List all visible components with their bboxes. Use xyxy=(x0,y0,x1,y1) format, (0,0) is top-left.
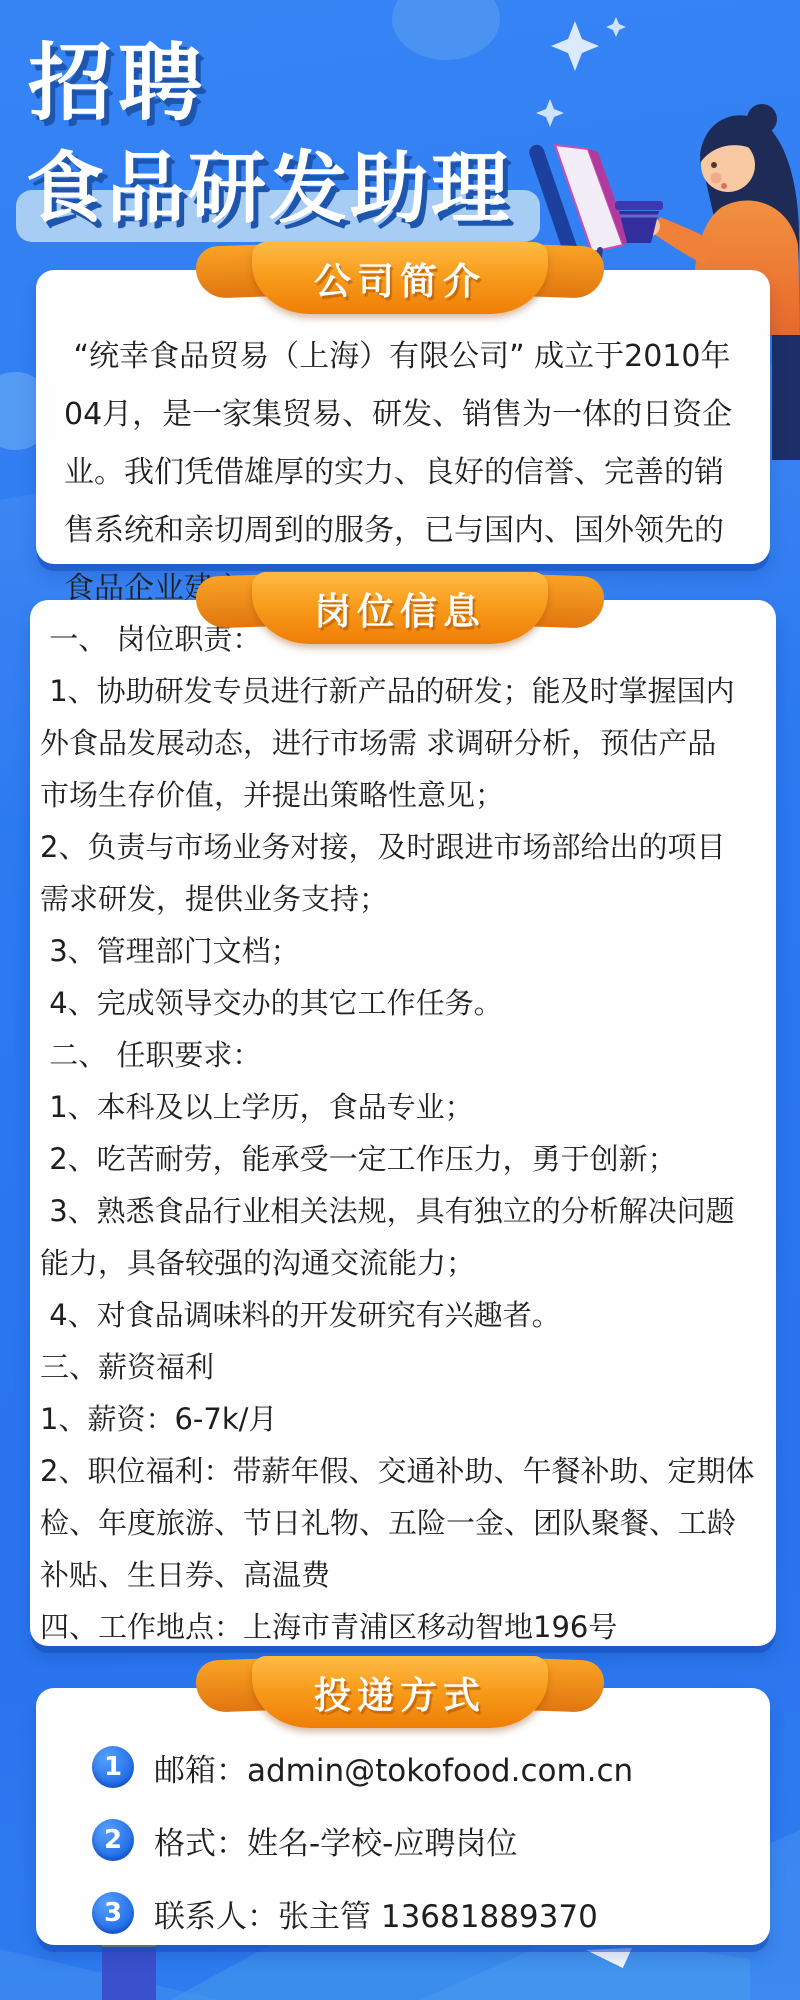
sparkle-icon xyxy=(606,17,626,37)
text-line: 二、 任职要求： xyxy=(40,1029,770,1081)
sparkle-icon xyxy=(551,21,599,71)
text-line: “统幸食品贸易（上海）有限公司” 成立于2010年 xyxy=(64,328,746,386)
text-line: 售系统和亲切周到的服务，已与国内、国外领先的 xyxy=(64,502,746,560)
woman-arm xyxy=(652,217,716,265)
step-text: 格式：姓名-学校-应聘岗位 xyxy=(154,1818,517,1863)
text-line: 四、工作地点：上海市青浦区移动智地196号 xyxy=(40,1601,770,1653)
text-line: 外食品发展动态，进行市场需 求调研分析，预估产品 xyxy=(40,717,770,769)
text-line: 1、协助研发专员进行新产品的研发；能及时掌握国内 xyxy=(40,665,770,717)
step-text: 联系人：张主管 13681889370 xyxy=(154,1891,598,1936)
text-line: 需求研发，提供业务支持； xyxy=(40,873,770,925)
poster-subtitle-position: 食品研发助理 xyxy=(26,126,512,238)
text-line: 三、薪资福利 xyxy=(40,1341,770,1393)
ribbon-company-intro: 公司简介 xyxy=(190,242,610,318)
text-line: 2、职位福利：带薪年假、交通补助、午餐补助、定期体 xyxy=(40,1445,770,1497)
step-number-badge: 2 xyxy=(92,1819,134,1861)
ribbon-apply-method: 投递方式 xyxy=(190,1656,610,1732)
step-number-badge: 1 xyxy=(92,1746,134,1788)
job-info-card: 一、 岗位职责： 1、协助研发专员进行新产品的研发；能及时掌握国内外食品发展动态… xyxy=(30,600,776,1646)
step-text: 邮箱：admin@tokofood.com.cn xyxy=(154,1745,633,1790)
cup-icon xyxy=(615,201,663,210)
text-line: 3、管理部门文档； xyxy=(40,925,770,977)
light-blue-blob xyxy=(392,0,500,60)
company-intro-text: “统幸食品贸易（上海）有限公司” 成立于2010年04月，是一家集贸易、研发、销… xyxy=(36,270,770,618)
text-line: 检、年度旅游、节日礼物、五险一金、团队聚餐、工龄 xyxy=(40,1497,770,1549)
section-title: 公司简介 xyxy=(314,251,486,305)
desk-leg xyxy=(102,1942,156,2000)
apply-step: 1 邮箱：admin@tokofood.com.cn xyxy=(92,1738,750,1796)
apply-step: 2 格式：姓名-学校-应聘岗位 xyxy=(92,1811,750,1869)
section-title: 岗位信息 xyxy=(314,581,486,635)
job-info-text: 一、 岗位职责： 1、协助研发专员进行新产品的研发；能及时掌握国内外食品发展动态… xyxy=(30,600,776,1653)
section-title: 投递方式 xyxy=(314,1665,486,1719)
ribbon-job-info: 岗位信息 xyxy=(190,572,610,648)
apply-step: 3 联系人：张主管 13681889370 xyxy=(92,1884,750,1942)
desk-edge xyxy=(772,327,800,460)
recruitment-poster: 招聘 食品研发助理 xyxy=(0,0,800,2000)
text-line: 市场生存价值，并提出策略性意见； xyxy=(40,769,770,821)
text-line: 4、完成领导交办的其它工作任务。 xyxy=(40,977,770,1029)
poster-title: 招聘 xyxy=(28,16,208,137)
text-line: 业。我们凭借雄厚的实力、良好的信誉、完善的销 xyxy=(64,444,746,502)
text-line: 1、薪资：6-7k/月 xyxy=(40,1393,770,1445)
text-line: 2、负责与市场业务对接，及时跟进市场部给出的项目 xyxy=(40,821,770,873)
text-line: 4、对食品调味料的开发研究有兴趣者。 xyxy=(40,1289,770,1341)
sparkle-icon xyxy=(536,99,564,127)
text-line: 补贴、生日券、高温费 xyxy=(40,1549,770,1601)
text-line: 3、熟悉食品行业相关法规，具有独立的分析解决问题 xyxy=(40,1185,770,1237)
text-line: 04月，是一家集贸易、研发、销售为一体的日资企 xyxy=(64,386,746,444)
step-number-badge: 3 xyxy=(92,1892,134,1934)
text-line: 2、吃苦耐劳，能承受一定工作压力，勇于创新； xyxy=(40,1133,770,1185)
text-line: 能力，具备较强的沟通交流能力； xyxy=(40,1237,770,1289)
text-line: 1、本科及以上学历，食品专业； xyxy=(40,1081,770,1133)
